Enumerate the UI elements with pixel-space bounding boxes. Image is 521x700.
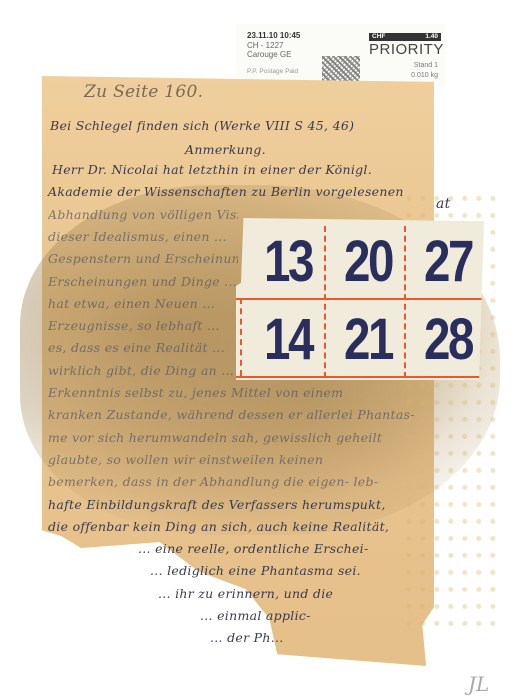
- calendar-date: 14: [255, 302, 321, 376]
- postage-label: 23.11.10 10:45 CH - 1227 Carouge GE P.P.…: [236, 24, 446, 86]
- manuscript-line: Akademie der Wissenschaften zu Berlin vo…: [48, 184, 404, 199]
- postage-service: PRIORITY: [369, 41, 444, 58]
- postage-stand: Stand 1: [414, 62, 438, 69]
- calendar-grid: 132027142128: [236, 218, 484, 380]
- manuscript-line: ... der Ph...: [210, 630, 284, 645]
- postage-city: Carouge GE: [247, 50, 291, 59]
- manuscript-line: Erzeugnisse, so lebhaft ...: [48, 318, 238, 333]
- manuscript-line: die offenbar kein Ding an sich, auch kei…: [48, 519, 389, 534]
- calendar-rule: [236, 298, 484, 300]
- manuscript-line: Erscheinungen und Dinge ...: [48, 274, 238, 289]
- postage-datetime: 23.11.10 10:45: [247, 31, 300, 40]
- calendar-date: 28: [415, 302, 481, 376]
- manuscript-line: Herr Dr. Nicolai hat letzthin in einer d…: [52, 162, 372, 177]
- manuscript-line: dieser Idealismus, einen ...: [48, 229, 238, 244]
- manuscript-line: Erkenntnis selbst zu, jenes Mittel von e…: [48, 385, 343, 400]
- calendar-fragment: 132027142128: [236, 218, 484, 380]
- manuscript-line: hat etwa, einen Neuen ...: [48, 296, 238, 311]
- manuscript-line: glaubte, so wollen wir einstweilen keine…: [48, 452, 323, 467]
- calendar-rule: [236, 376, 484, 378]
- manuscript-subheading: Anmerkung.: [185, 142, 266, 157]
- calendar-date: 21: [335, 302, 401, 376]
- pencil-note: Zu Seite 160.: [84, 82, 203, 102]
- postage-paid-text: P.P. Postage Paid: [247, 68, 298, 75]
- calendar-date: 20: [335, 224, 401, 298]
- manuscript-line: es, dass es eine Realität ...: [48, 340, 238, 355]
- postage-amount: 1.40: [425, 33, 438, 41]
- manuscript-line: ... eine reelle, ordentliche Erschei-: [138, 541, 369, 556]
- postage-postcode: CH - 1227: [247, 41, 283, 50]
- manuscript-line: wirklich gibt, die Ding an ...: [48, 363, 238, 378]
- calendar-rule: [404, 226, 406, 378]
- calendar-date: 27: [415, 224, 481, 298]
- manuscript-line: ... ihr zu erinnern, und die: [158, 586, 333, 601]
- manuscript-line: hafte Einbildungskraft des Verfassers he…: [48, 497, 386, 512]
- manuscript-line: kranken Zustande, während dessen er alle…: [48, 407, 415, 422]
- postage-currency: CHF: [372, 33, 385, 41]
- manuscript-line: ... lediglich eine Phantasma sei.: [150, 563, 361, 578]
- calendar-date: 13: [255, 224, 321, 298]
- manuscript-line: me vor sich herumwandeln sah, gewisslich…: [48, 430, 382, 445]
- manuscript-line: bemerken, dass in der Abhandlung die eig…: [48, 474, 378, 489]
- artist-signature: JL: [468, 672, 489, 696]
- calendar-rule: [240, 298, 242, 376]
- postage-weight: 0.010 kg: [411, 72, 438, 79]
- manuscript-line: Abhandlung von völligen Visionen ...: [48, 207, 238, 222]
- manuscript-line: ... einmal applic-: [200, 608, 311, 623]
- manuscript-heading: Bei Schlegel finden sich (Werke VIII S 4…: [50, 118, 354, 133]
- postage-price-bar: CHF 1.40: [369, 33, 441, 41]
- calendar-rule: [324, 226, 326, 378]
- manuscript-line: Gespenstern und Erscheinungen ...: [48, 251, 238, 266]
- margin-note: at: [436, 196, 451, 212]
